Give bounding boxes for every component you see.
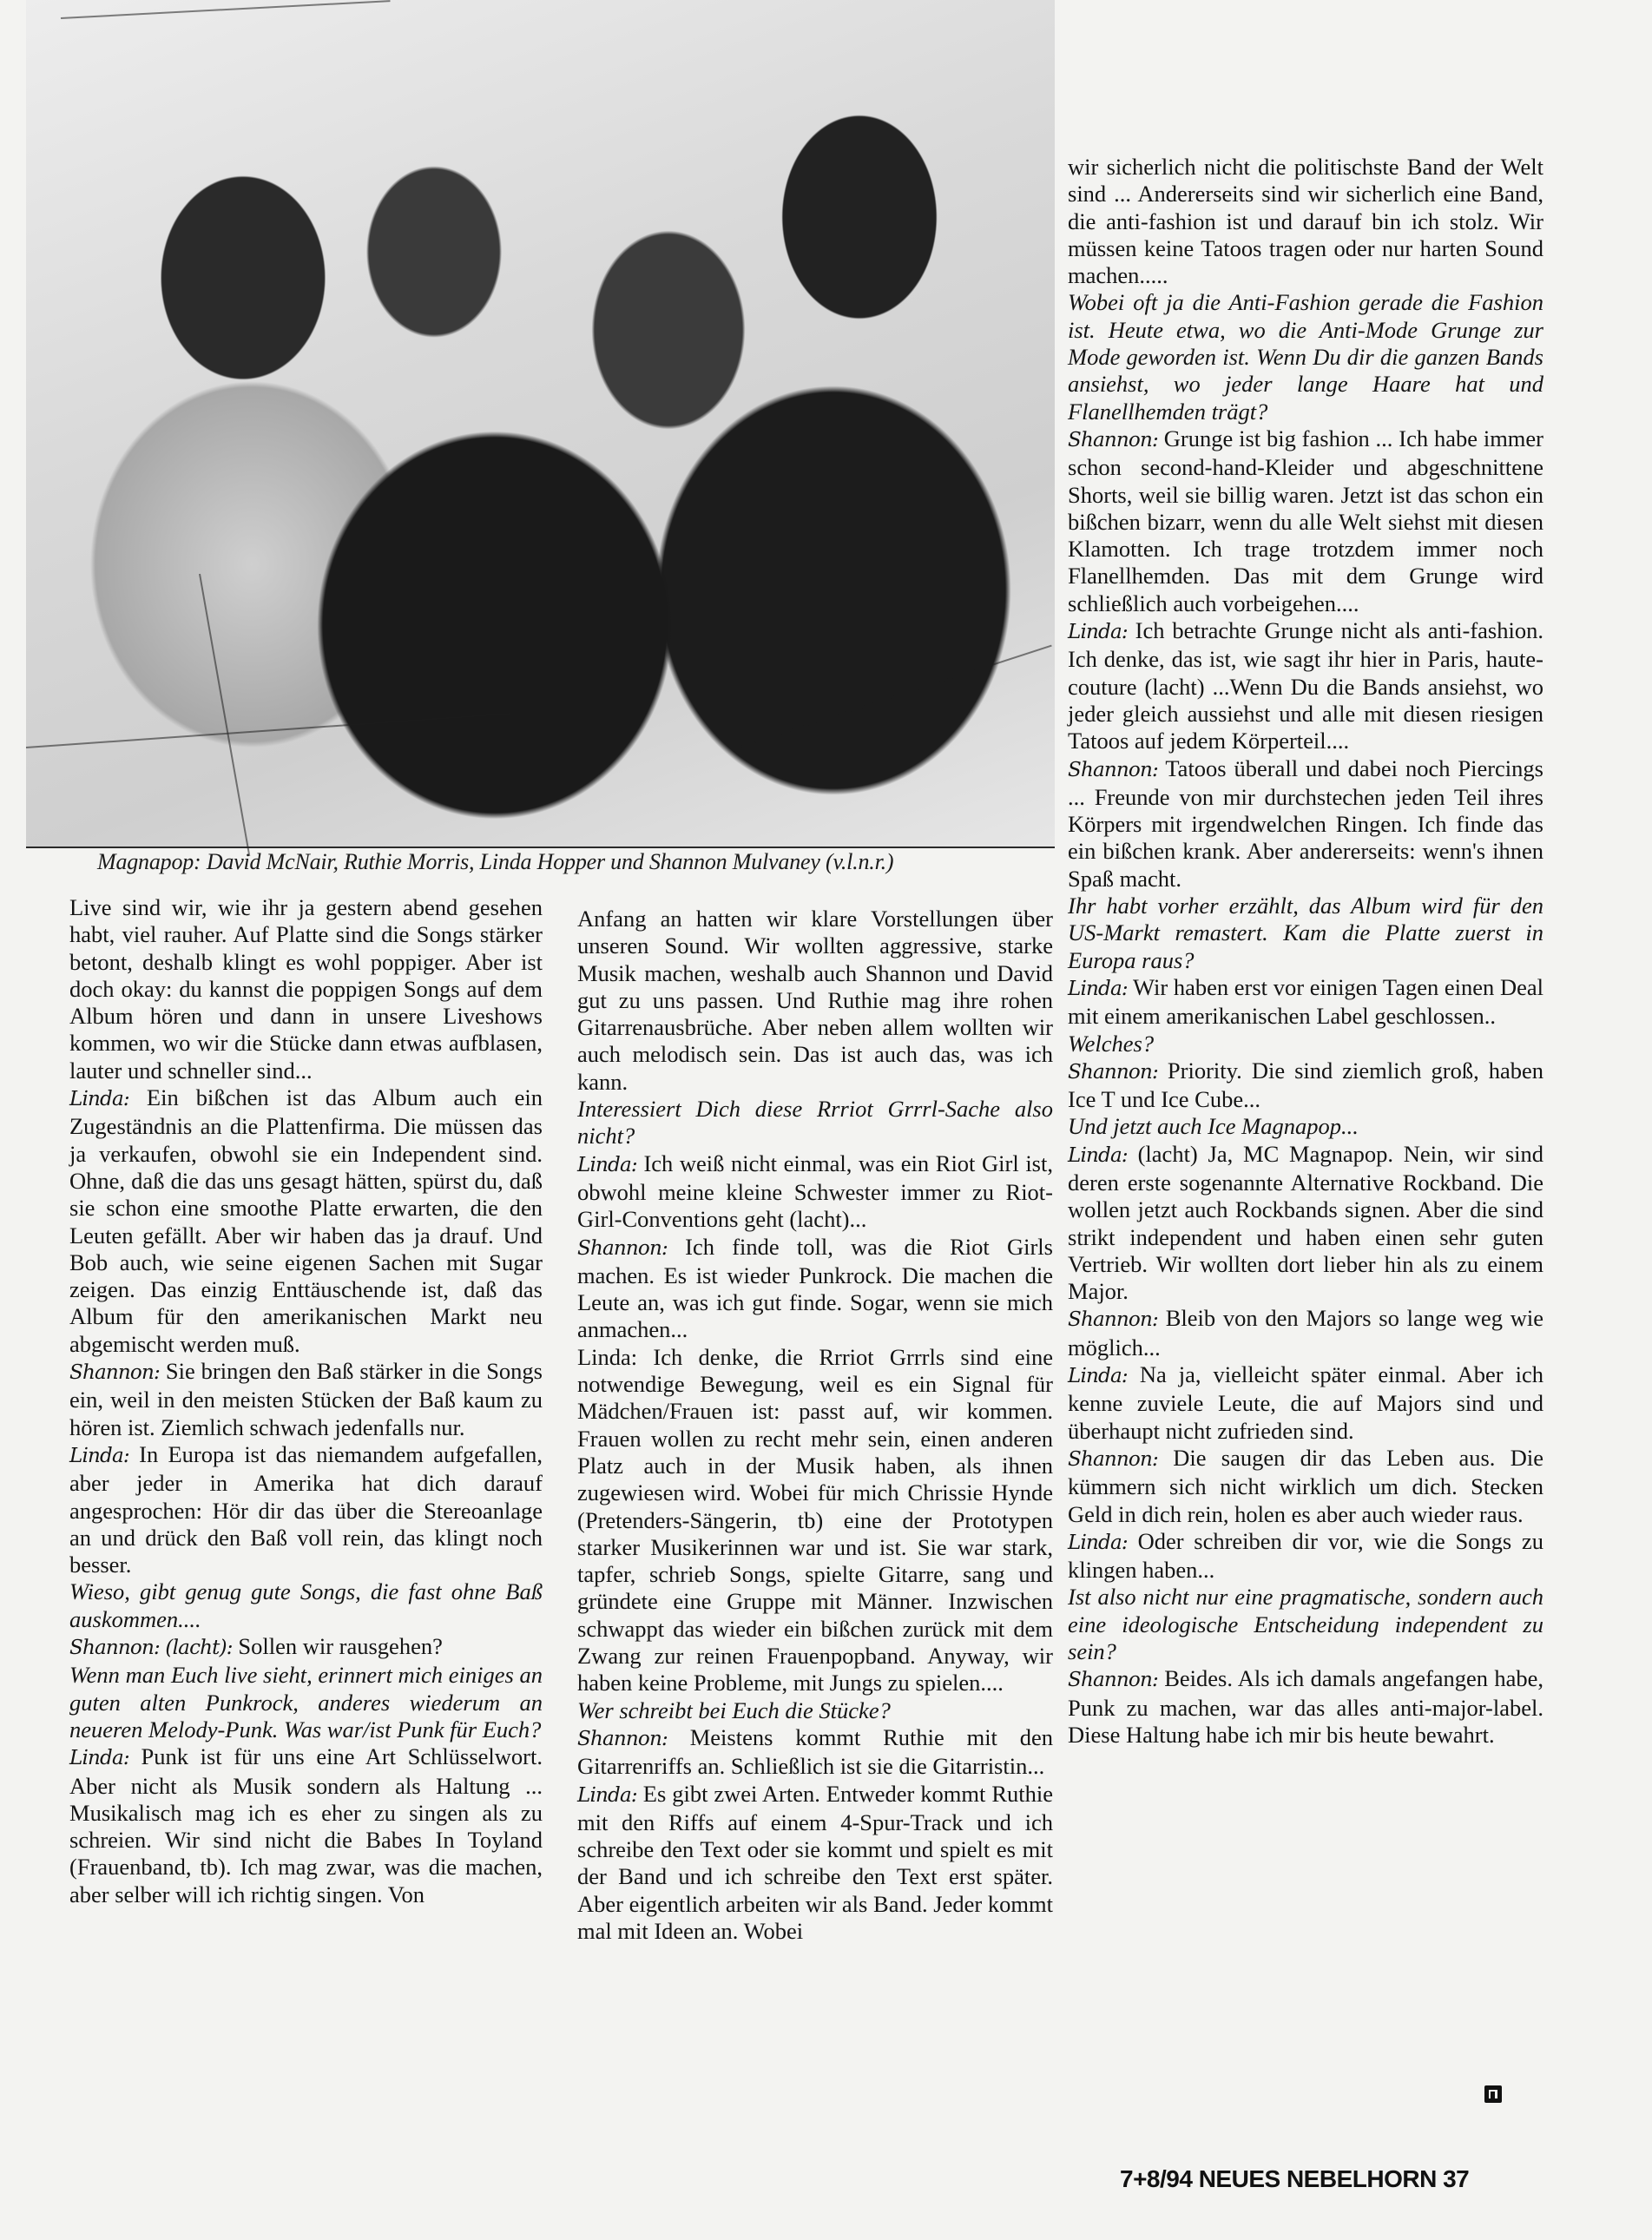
speaker-label: Shannon: [1068, 1308, 1158, 1331]
interview-question: Welches? [1068, 1031, 1543, 1057]
interview-answer: Linda: Oder schreiben dir vor, wie die S… [1068, 1528, 1543, 1584]
interview-answer: Linda: Ich weiß nicht einmal, was ein Ri… [577, 1150, 1053, 1234]
paragraph-text: (lacht) Ja, MC Magnapop. Nein, wir sind … [1068, 1141, 1543, 1304]
speaker-label: Linda: [1068, 978, 1128, 1000]
interview-answer: Shannon: Die saugen dir das Leben aus. D… [1068, 1445, 1543, 1528]
interview-answer: Shannon: Bleib von den Majors so lange w… [1068, 1305, 1543, 1361]
interview-answer: Live sind wir, wie ihr ja gestern abend … [69, 894, 543, 1084]
interview-question: Interessiert Dich diese Rrriot Grrrl-Sac… [577, 1096, 1053, 1150]
paragraph-text: Ich weiß nicht einmal, was ein Riot Girl… [577, 1150, 1053, 1233]
interview-answer: Shannon: Tatoos überall und dabei noch P… [1068, 755, 1543, 893]
paragraph-text: Ihr habt vorher erzählt, das Album wird … [1068, 893, 1543, 973]
speaker-label: Linda: [1068, 621, 1128, 643]
speaker-label: Shannon: [69, 1361, 160, 1384]
interview-answer: Anfang an hatten wir klare Vorstellungen… [577, 906, 1053, 1096]
floor-tile-line [26, 713, 511, 748]
paragraph-text: Ist also nicht nur eine pragmatische, so… [1068, 1584, 1543, 1664]
interview-answer: Linda: Ich betrachte Grunge nicht als an… [1068, 617, 1543, 754]
paragraph-text: Wer schreibt bei Euch die Stücke? [577, 1697, 891, 1723]
speaker-label: Linda: [69, 1088, 129, 1110]
interview-question: Wenn man Euch live sieht, erinnert mich … [69, 1662, 543, 1743]
paragraph-text: Anfang an hatten wir klare Vorstellungen… [577, 906, 1053, 1095]
speaker-label: Shannon: [1068, 429, 1158, 451]
paragraph-text: Und jetzt auch Ice Magnapop... [1068, 1113, 1359, 1139]
article-column-1: Live sind wir, wie ihr ja gestern abend … [69, 894, 543, 1908]
end-of-article-icon [1484, 2085, 1502, 2103]
speaker-label: Shannon: [1068, 1669, 1158, 1691]
interview-answer: Linda: Punk ist für uns eine Art Schlüss… [69, 1743, 543, 1908]
speaker-label: Linda: [69, 1747, 129, 1769]
interview-question: Wobei oft ja die Anti-Fashion gerade die… [1068, 289, 1543, 425]
interview-answer: Linda: Wir haben erst vor einigen Tagen … [1068, 974, 1543, 1031]
floor-tile-line [738, 645, 1052, 748]
paragraph-text: Es gibt zwei Arten. Entweder kommt Ruthi… [577, 1781, 1053, 1944]
paragraph-text: Welches? [1068, 1031, 1154, 1057]
article-column-2: Anfang an hatten wir klare Vorstellungen… [577, 906, 1053, 1945]
floor-tile-line [61, 0, 391, 19]
speaker-label: Shannon: [1068, 759, 1158, 781]
photo-caption: Magnapop: David McNair, Ruthie Morris, L… [97, 849, 1052, 875]
interview-answer: Linda: Es gibt zwei Arten. Entweder komm… [577, 1781, 1053, 1946]
paragraph-text: Wieso, gibt genug gute Songs, die fast o… [69, 1578, 543, 1631]
speaker-label: Linda: [1068, 1365, 1128, 1387]
interview-answer: Shannon: Meistens kommt Ruthie mit den G… [577, 1724, 1053, 1781]
speaker-label: Linda: [1068, 1144, 1128, 1167]
article-column-3: wir sicherlich nicht die politischste Ba… [1068, 154, 1543, 1749]
interview-answer: Shannon: Grunge ist big fashion ... Ich … [1068, 425, 1543, 617]
interview-answer: Shannon: Beides. Als ich damals angefang… [1068, 1665, 1543, 1749]
interview-answer: Linda: In Europa ist das niemandem aufge… [69, 1441, 543, 1578]
paragraph-text: Linda: Ich denke, die Rrriot Grrrls sind… [577, 1344, 1053, 1696]
paragraph-text: Wenn man Euch live sieht, erinnert mich … [69, 1662, 543, 1743]
paragraph-text: Live sind wir, wie ihr ja gestern abend … [69, 894, 543, 1084]
paragraph-text: Wir haben erst vor einigen Tagen einen D… [1068, 974, 1543, 1029]
interview-answer: Linda: (lacht) Ja, MC Magnapop. Nein, wi… [1068, 1141, 1543, 1306]
interview-question: Ist also nicht nur eine pragmatische, so… [1068, 1584, 1543, 1665]
speaker-label: Linda: [577, 1154, 637, 1176]
speaker-label: Linda: [69, 1445, 129, 1467]
interview-answer: Shannon: (lacht): Sollen wir rausgehen? [69, 1633, 543, 1662]
page-footer: 7+8/94 NEUES NEBELHORN 37 [1120, 2165, 1469, 2193]
speaker-label: Shannon: [1068, 1061, 1158, 1084]
paragraph-text: Ein bißchen ist das Album auch ein Zuges… [69, 1084, 543, 1357]
interview-question: Ihr habt vorher erzählt, das Album wird … [1068, 893, 1543, 974]
band-photo [26, 0, 1055, 848]
paragraph-text: Punk ist für uns eine Art Schlüsselwort.… [69, 1743, 543, 1907]
paragraph-text: wir sicherlich nicht die politischste Ba… [1068, 154, 1543, 288]
interview-answer: Linda: Ein bißchen ist das Album auch ei… [69, 1084, 543, 1358]
interview-answer: Linda: Na ja, vielleicht später einmal. … [1068, 1361, 1543, 1445]
interview-answer: Linda: Ich denke, die Rrriot Grrrls sind… [577, 1344, 1053, 1697]
interview-question: Und jetzt auch Ice Magnapop... [1068, 1113, 1543, 1140]
interview-answer: Shannon: Priority. Die sind ziemlich gro… [1068, 1057, 1543, 1114]
paragraph-text: Grunge ist big fashion ... Ich habe imme… [1068, 425, 1543, 616]
paragraph-text: Wobei oft ja die Anti-Fashion gerade die… [1068, 289, 1543, 424]
speaker-label: Linda: [577, 1784, 637, 1807]
paragraph-text: Ich betrachte Grunge nicht als anti-fash… [1068, 617, 1543, 754]
paragraph-text: In Europa ist das niemandem aufgefallen,… [69, 1441, 543, 1578]
interview-question: Wieso, gibt genug gute Songs, die fast o… [69, 1578, 543, 1633]
interview-answer: wir sicherlich nicht die politischste Ba… [1068, 154, 1543, 289]
paragraph-text: Interessiert Dich diese Rrriot Grrrl-Sac… [577, 1096, 1053, 1149]
paragraph-text: Na ja, vielleicht später einmal. Aber ic… [1068, 1361, 1543, 1444]
speaker-label: Linda: [1068, 1532, 1128, 1554]
interview-answer: Shannon: Ich finde toll, was die Riot Gi… [577, 1234, 1053, 1344]
speaker-label: Shannon: [577, 1237, 668, 1260]
floor-tile-line [199, 574, 250, 856]
speaker-label: Shannon: [577, 1728, 668, 1750]
paragraph-text: Sollen wir rausgehen? [233, 1633, 443, 1659]
interview-question: Wer schreibt bei Euch die Stücke? [577, 1697, 1053, 1724]
speaker-label: Shannon: (lacht): [69, 1637, 233, 1659]
speaker-label: Shannon: [1068, 1448, 1158, 1471]
paragraph-text: Oder schreiben dir vor, wie die Songs zu… [1068, 1528, 1543, 1583]
interview-answer: Shannon: Sie bringen den Baß stärker in … [69, 1358, 543, 1441]
